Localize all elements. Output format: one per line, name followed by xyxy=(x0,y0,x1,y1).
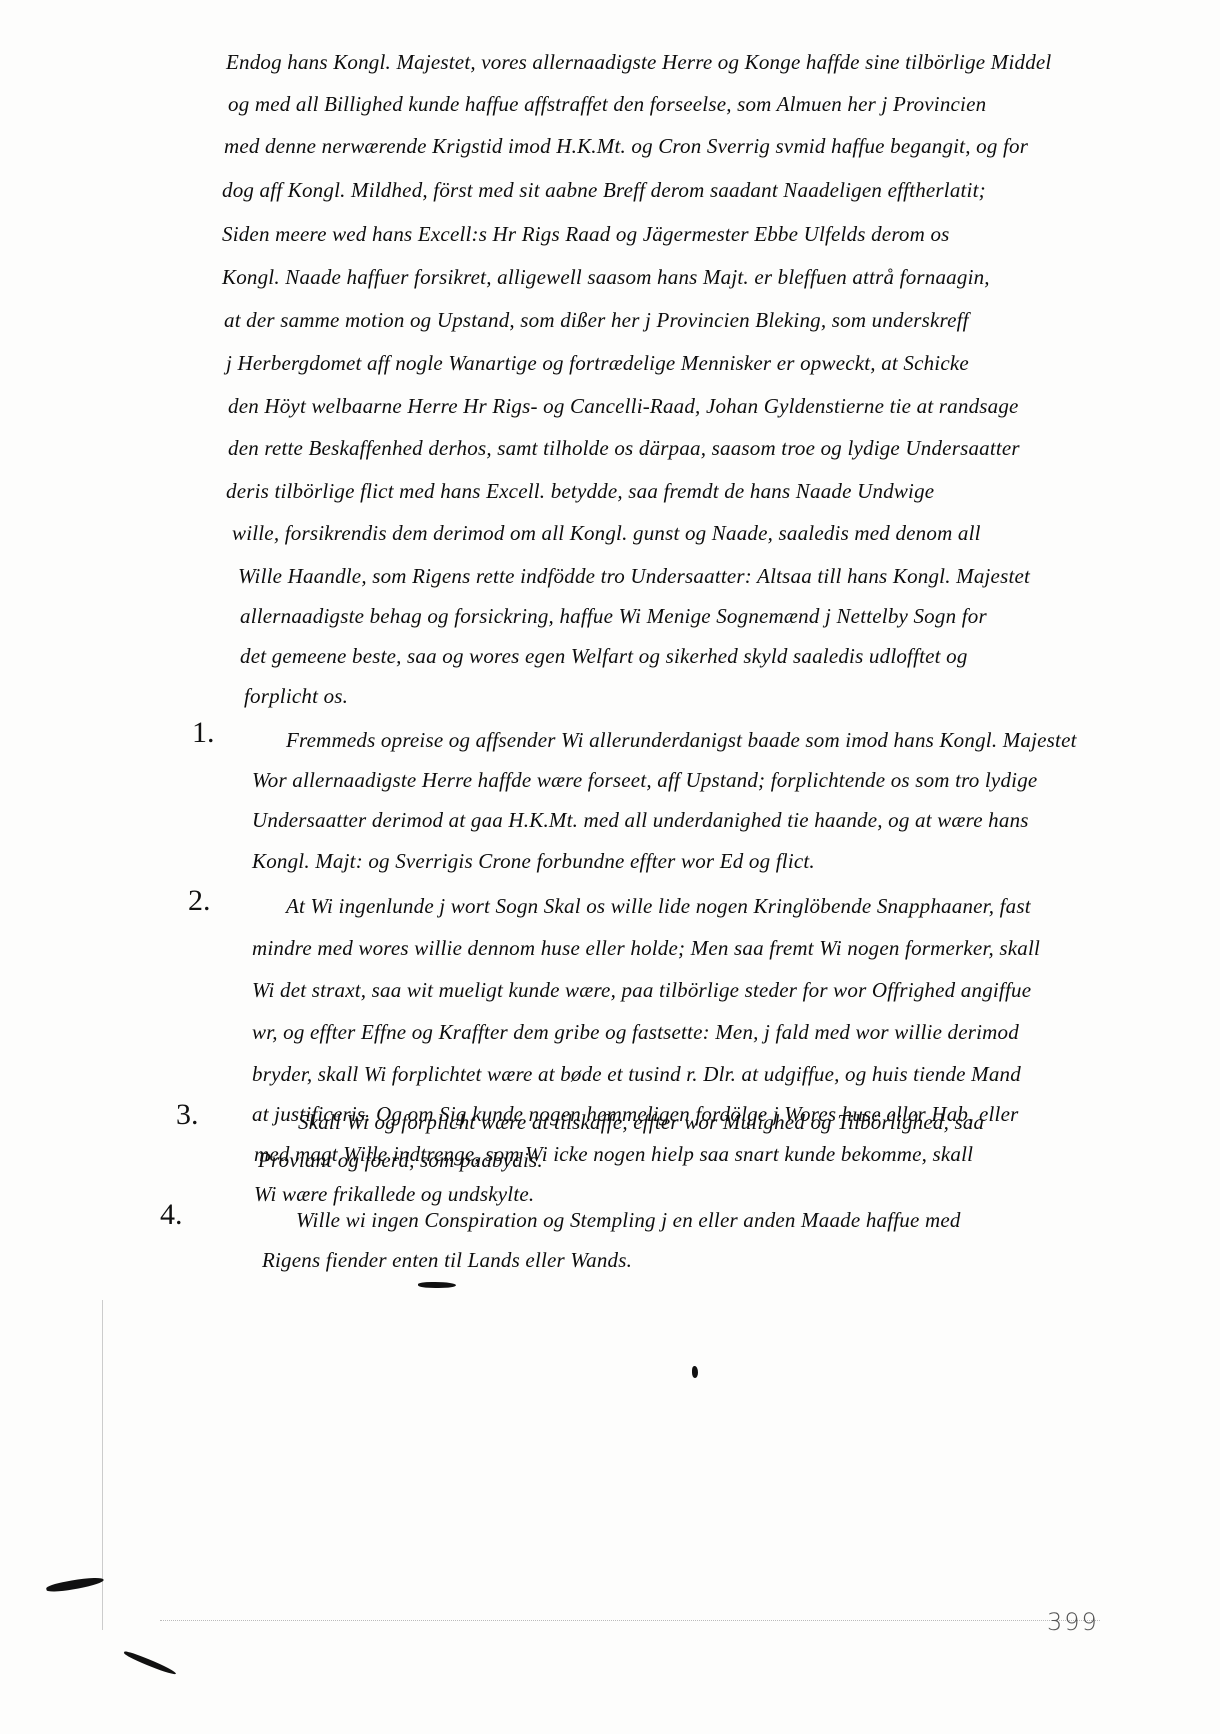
intro-line: deris tilbörlige flict med hans Excell. … xyxy=(226,481,934,502)
item-1-line: Fremmeds opreise og affsender Wi allerun… xyxy=(286,730,1077,751)
scan-smudge xyxy=(46,1575,105,1594)
intro-line: at der samme motion og Upstand, som diße… xyxy=(224,310,969,331)
intro-line: Kongl. Naade haffuer forsikret, alligewe… xyxy=(222,267,990,288)
scan-smudge xyxy=(123,1650,177,1677)
item-1-line: Kongl. Majt: og Sverrigis Crone forbundn… xyxy=(252,851,815,872)
item-3-line: Skall Wi og forplicht wære at tilskaffe,… xyxy=(298,1112,984,1133)
item-number-3: 3. xyxy=(176,1098,199,1132)
intro-line: dog aff Kongl. Mildhed, först med sit aa… xyxy=(222,180,986,201)
item-2-line: mindre med wores willie dennom huse elle… xyxy=(252,938,1040,959)
intro-line: Endog hans Kongl. Majestet, vores allern… xyxy=(226,52,1106,73)
item-1-line: Wor allernaadigste Herre haffde wære for… xyxy=(252,770,1037,791)
item-number-1: 1. xyxy=(192,716,215,750)
item-4-line: Rigens fiender enten til Lands eller Wan… xyxy=(262,1250,632,1271)
intro-line: wille, forsikrendis dem derimod om all K… xyxy=(232,523,981,544)
item-3-line: Proviant og foerd, som paabydis. xyxy=(258,1150,543,1171)
item-2-line: Wi det straxt, saa wit mueligt kunde wær… xyxy=(252,980,1031,1001)
intro-line: j Herbergdomet aff nogle Wanartige og fo… xyxy=(226,353,969,374)
ink-flourish xyxy=(418,1282,456,1288)
ink-mark xyxy=(692,1366,698,1378)
intro-line: allernaadigste behag og forsickring, haf… xyxy=(240,606,987,627)
item-2-line: wr, og effter Effne og Kraffter dem grib… xyxy=(252,1022,1019,1043)
intro-line: den rette Beskaffenhed derhos, samt tilh… xyxy=(228,438,1020,459)
intro-line: forplicht os. xyxy=(244,686,348,707)
item-2-line: bryder, skall Wi forplichtet wære at bød… xyxy=(252,1064,1021,1085)
intro-line: og med all Billighed kunde haffue affstr… xyxy=(228,94,986,115)
page-edge-line xyxy=(160,1620,1100,1621)
intro-line: det gemeene beste, saa og wores egen Wel… xyxy=(240,646,968,667)
intro-line: med denne nerwærende Krigstid imod H.K.M… xyxy=(224,136,1028,157)
manuscript-page: Endog hans Kongl. Majestet, vores allern… xyxy=(0,0,1220,1734)
page-number: 399 xyxy=(1047,1608,1099,1636)
item-4-line: Wille wi ingen Conspiration og Stempling… xyxy=(296,1210,961,1231)
intro-line: Wille Haandle, som Rigens rette indfödde… xyxy=(238,566,1030,587)
intro-line: den Höyt welbaarne Herre Hr Rigs- og Can… xyxy=(228,396,1019,417)
item-1-line: Undersaatter derimod at gaa H.K.Mt. med … xyxy=(252,810,1029,831)
item-number-2: 2. xyxy=(188,884,211,918)
intro-line: Siden meere wed hans Excell:s Hr Rigs Ra… xyxy=(222,224,950,245)
item-2-line: At Wi ingenlunde j wort Sogn Skal os wil… xyxy=(286,896,1031,917)
item-2-line: Wi wære frikallede og undskylte. xyxy=(254,1184,534,1205)
item-number-4: 4. xyxy=(160,1198,183,1232)
